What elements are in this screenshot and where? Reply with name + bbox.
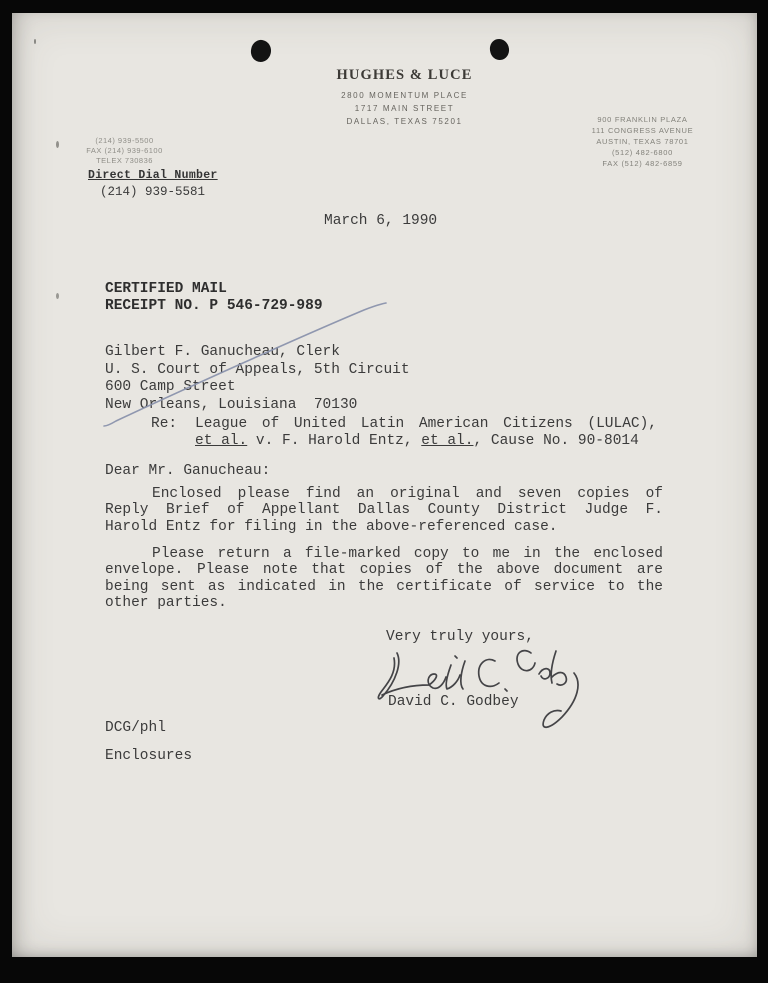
recipient-line: 600 Camp Street xyxy=(105,379,410,397)
recipient-line: New Orleans, Louisiana 70130 xyxy=(105,397,410,415)
re-label: Re: xyxy=(151,416,177,432)
body-line: being sent as indicated in the certifica… xyxy=(105,579,663,595)
direct-dial-number: (214) 939-5581 xyxy=(100,185,205,199)
body-line: Reply Brief of Appellant Dallas County D… xyxy=(105,502,663,518)
recipient-line: U. S. Court of Appeals, 5th Circuit xyxy=(105,362,410,380)
direct-dial-label: Direct Dial Number xyxy=(88,169,218,182)
telex-line: TELEX 730836 xyxy=(67,156,182,166)
scan-speck xyxy=(56,141,59,148)
austin-address-line: 111 CONGRESS AVENUE xyxy=(580,125,705,136)
body-paragraph-1: Enclosed please find an original and sev… xyxy=(105,486,663,535)
austin-fax-line: FAX (512) 482-6859 xyxy=(580,158,705,169)
re-subject-line: League of United Latin American Citizens… xyxy=(195,416,657,433)
body-paragraph-2: Please return a file-marked copy to me i… xyxy=(105,546,663,612)
receipt-number-line: RECEIPT NO. P 546-729-989 xyxy=(105,298,323,315)
austin-address-line: 900 FRANKLIN PLAZA xyxy=(580,114,705,125)
austin-phone-line: (512) 482-6800 xyxy=(580,147,705,158)
certified-mail-line: CERTIFIED MAIL xyxy=(105,281,323,298)
signer-typed-name: David C. Godbey xyxy=(388,694,519,710)
scan-speck xyxy=(56,293,59,299)
certified-mail-block: CERTIFIED MAIL RECEIPT NO. P 546-729-989 xyxy=(105,281,323,314)
punch-hole-left xyxy=(249,38,273,64)
recipient-address-block: Gilbert F. Ganucheau, Clerk U. S. Court … xyxy=(105,344,410,414)
re-subject-text: v. F. Harold Entz, xyxy=(247,433,421,449)
recipient-line: Gilbert F. Ganucheau, Clerk xyxy=(105,344,410,362)
body-line: Harold Entz for filing in the above-refe… xyxy=(105,519,663,535)
phone-line: (214) 939-5500 xyxy=(67,136,182,146)
body-line: other parties. xyxy=(105,595,663,611)
letter-page: HUGHES & LUCE 2800 MOMENTUM PLACE 1717 M… xyxy=(12,13,757,957)
letter-date: March 6, 1990 xyxy=(324,213,437,229)
dallas-contact-block: (214) 939-5500 FAX (214) 939-6100 TELEX … xyxy=(67,136,182,166)
fax-line: FAX (214) 939-6100 xyxy=(67,146,182,156)
reference-initials: DCG/phl xyxy=(105,720,166,736)
salutation: Dear Mr. Ganucheau: xyxy=(105,463,270,479)
punch-hole-right xyxy=(489,38,511,61)
firm-name: HUGHES & LUCE xyxy=(52,67,757,84)
re-subject-line: et al. v. F. Harold Entz, et al., Cause … xyxy=(195,433,657,450)
body-line: Please return a file-marked copy to me i… xyxy=(105,546,663,562)
et-al-underlined: et al. xyxy=(421,433,473,449)
cause-number-text: , Cause No. 90-8014 xyxy=(473,433,638,449)
re-subject: League of United Latin American Citizens… xyxy=(195,416,657,450)
austin-contact-block: 900 FRANKLIN PLAZA 111 CONGRESS AVENUE A… xyxy=(580,114,705,169)
et-al-underlined: et al. xyxy=(195,433,247,449)
austin-address-line: AUSTIN, TEXAS 78701 xyxy=(580,136,705,147)
scanned-letter-background: { "page": { "background_color": "#070707… xyxy=(0,0,768,983)
enclosures-notation: Enclosures xyxy=(105,748,192,764)
body-line: envelope. Please note that copies of the… xyxy=(105,562,663,578)
body-line: Enclosed please find an original and sev… xyxy=(105,486,663,502)
scan-speck xyxy=(34,39,36,44)
firm-address-line: 2800 MOMENTUM PLACE xyxy=(52,89,757,102)
